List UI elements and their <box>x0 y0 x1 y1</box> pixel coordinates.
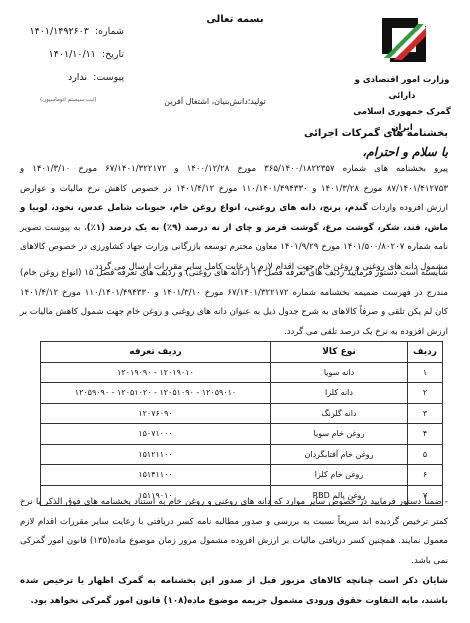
row-index: ۶ <box>408 465 443 486</box>
row-index: ۳ <box>408 403 443 424</box>
attachment-row: پیوست: ندارد <box>14 66 124 89</box>
addressee: بخشنامه های گمرکات اجرائی <box>304 128 448 139</box>
paragraph-3: - ضمناً دستور فرمایید در خصوص سایر موارد… <box>20 493 448 571</box>
date-value: ۱۴۰۱/۱۰/۱۱ <box>49 43 96 66</box>
row-tariff-code: ۱۵۰۷۱۰۰۰ <box>41 424 271 445</box>
header-goods-type: نوع کالا <box>271 342 408 363</box>
row-tariff-code: ۱۲۰۵۹۰۱۰ - ۱۲۰۵۱۰۹۰ - ۱۲۰۵۱۰۲۰ - ۱۲۰۵۹۰۹… <box>41 383 271 404</box>
attachment-value: ندارد <box>68 66 87 89</box>
table-row: ۴ روغن خام سویا ۱۵۰۷۱۰۰۰ <box>41 424 443 445</box>
row-tariff-code: ۱۵۱۴۱۱۰۰ <box>41 465 271 486</box>
header-tariff-code: ردیف تعرفه <box>41 342 271 363</box>
attachment-label: پیوست: <box>93 66 124 89</box>
row-goods-name: روغن خام کلزا <box>271 465 408 486</box>
row-goods-name: روغن خام آفتابگردان <box>271 444 408 465</box>
customs-circular-letter: بسمه تعالی وزارت امور اقتصادی و دارائی گ… <box>0 0 470 623</box>
table-header-row: ردیف نوع کالا ردیف تعرفه <box>41 342 443 363</box>
row-goods-name: روغن خام سویا <box>271 424 408 445</box>
letter-date-row: تاریخ: ۱۴۰۱/۱۰/۱۱ <box>14 43 124 66</box>
row-index: ۲ <box>408 383 443 404</box>
paragraph-2: شایسته است دستور فرمایید ردیف های تعرفه … <box>20 264 448 342</box>
row-index: ۴ <box>408 424 443 445</box>
row-goods-name: دانه کلزا <box>271 383 408 404</box>
year-slogan: تولید؛دانش‌بنیان، اشتغال آفرین <box>0 97 470 106</box>
table-row: ۵ روغن خام آفتابگردان ۱۵۱۲۱۱۰۰ <box>41 444 443 465</box>
row-index: ۵ <box>408 444 443 465</box>
row-goods-name: دانه سویا <box>271 362 408 383</box>
paragraph-4: شایان ذکر است چنانچه کالاهای مزبور قبل ا… <box>20 572 448 611</box>
paragraph-1: پیرو بخشنامه های شماره ۳۶۵/۱۴۰۰/۱۸۲۲۳۵۷ … <box>20 160 448 277</box>
table-row: ۶ روغن خام کلزا ۱۵۱۴۱۱۰۰ <box>41 465 443 486</box>
row-goods-name: دانه گلرنگ <box>271 403 408 424</box>
table-row: ۳ دانه گلرنگ ۱۲۰۷۶۰۹۰ <box>41 403 443 424</box>
tariff-table: ردیف نوع کالا ردیف تعرفه ۱ دانه سویا ۱۲۰… <box>40 341 443 506</box>
number-value: ۱۴۰۱/۱۴۹۲۶۰۳ <box>30 20 89 43</box>
header-index: ردیف <box>408 342 443 363</box>
table-row: ۲ دانه کلزا ۱۲۰۵۹۰۱۰ - ۱۲۰۵۱۰۹۰ - ۱۲۰۵۱۰… <box>41 383 443 404</box>
customs-logo-icon <box>378 14 430 66</box>
greeting: با سلام و احترام، <box>362 145 448 159</box>
letter-metadata: شماره: ۱۴۰۱/۱۴۹۲۶۰۳ تاریخ: ۱۴۰۱/۱۰/۱۱ پی… <box>14 20 124 89</box>
row-tariff-code: ۱۲۰۱۹۰۱۰ - ۱۲۰۱۹۰۹۰ <box>41 362 271 383</box>
number-label: شماره: <box>95 20 124 43</box>
row-tariff-code: ۱۵۱۲۱۱۰۰ <box>41 444 271 465</box>
date-label: تاریخ: <box>102 43 124 66</box>
row-index: ۱ <box>408 362 443 383</box>
letter-number-row: شماره: ۱۴۰۱/۱۴۹۲۶۰۳ <box>14 20 124 43</box>
table-row: ۱ دانه سویا ۱۲۰۱۹۰۱۰ - ۱۲۰۱۹۰۹۰ <box>41 362 443 383</box>
row-tariff-code: ۱۲۰۷۶۰۹۰ <box>41 403 271 424</box>
